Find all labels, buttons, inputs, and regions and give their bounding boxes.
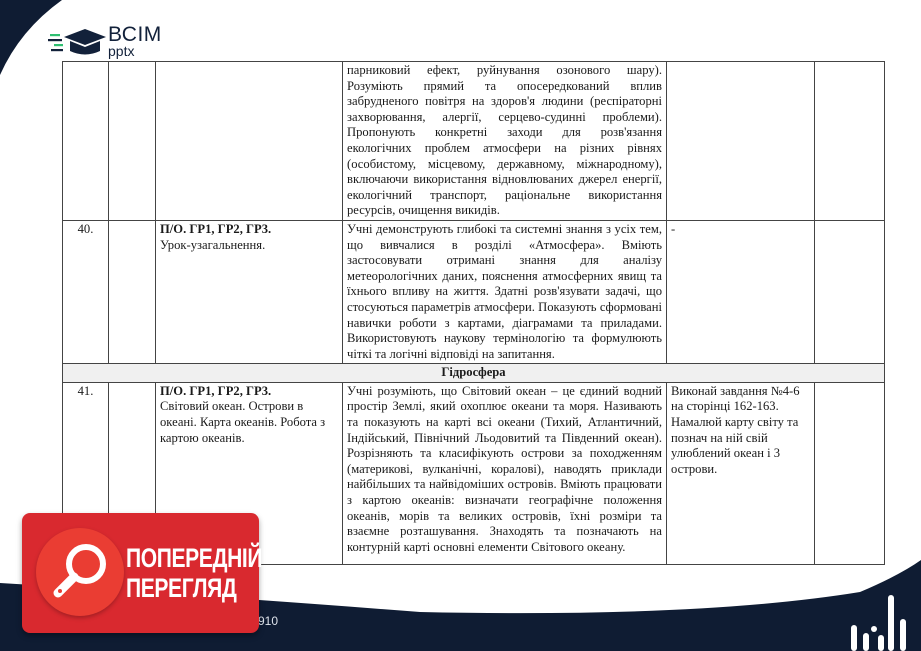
learning-outcomes: Учні демонструють глибокі та системні зн…: [343, 220, 667, 363]
lesson-title: Урок-узагальнення.: [160, 238, 265, 252]
lesson-hours: [109, 220, 156, 363]
notes: [815, 62, 885, 221]
preview-badge[interactable]: ПОПЕРЕДНІЙ ПЕРЕГЛЯД: [22, 513, 259, 633]
notes: [815, 220, 885, 363]
brand-name: ВСІМ: [108, 24, 162, 45]
lesson-topic: П/О. ГР1, ГР2, ГР3. Урок-узагальнення.: [156, 220, 343, 363]
section-header-row: Гідросфера: [63, 364, 885, 383]
homework: -: [667, 220, 815, 363]
homework: [667, 62, 815, 221]
brand-sub: pptx: [108, 44, 162, 58]
lesson-number: 40.: [63, 220, 109, 363]
bars-decoration-icon: [848, 585, 918, 651]
graduation-cap-icon: [48, 25, 106, 57]
table-row: 40. П/О. ГР1, ГР2, ГР3. Урок-узагальненн…: [63, 220, 885, 363]
notes: [815, 382, 885, 564]
learning-outcomes: парниковий ефект, руйнування озонового ш…: [343, 62, 667, 221]
page-number: 910: [258, 614, 278, 628]
table-row: парниковий ефект, руйнування озонового ш…: [63, 62, 885, 221]
lesson-number: [63, 62, 109, 221]
brand-logo: ВСІМ pptx: [48, 24, 162, 58]
section-title: Гідросфера: [63, 364, 885, 383]
homework: Виконай завдання №4-6 на сторінці 162-16…: [667, 382, 815, 564]
lesson-plan-table: парниковий ефект, руйнування озонового ш…: [62, 61, 885, 565]
lesson-hours: [109, 62, 156, 221]
lesson-groups: П/О. ГР1, ГР2, ГР3.: [160, 222, 338, 238]
lesson-groups: П/О. ГР1, ГР2, ГР3.: [160, 384, 338, 400]
lesson-topic: [156, 62, 343, 221]
learning-outcomes: Учні розуміють, що Світовий океан – це є…: [343, 382, 667, 564]
magnifier-icon: [36, 528, 124, 616]
preview-label: ПОПЕРЕДНІЙ ПЕРЕГЛЯД: [126, 543, 262, 603]
lesson-title: Світовий океан. Острови в океані. Карта …: [160, 399, 325, 444]
preview-circle: [36, 528, 124, 616]
preview-line-2: ПЕРЕГЛЯД: [126, 573, 262, 603]
preview-line-1: ПОПЕРЕДНІЙ: [126, 543, 262, 573]
